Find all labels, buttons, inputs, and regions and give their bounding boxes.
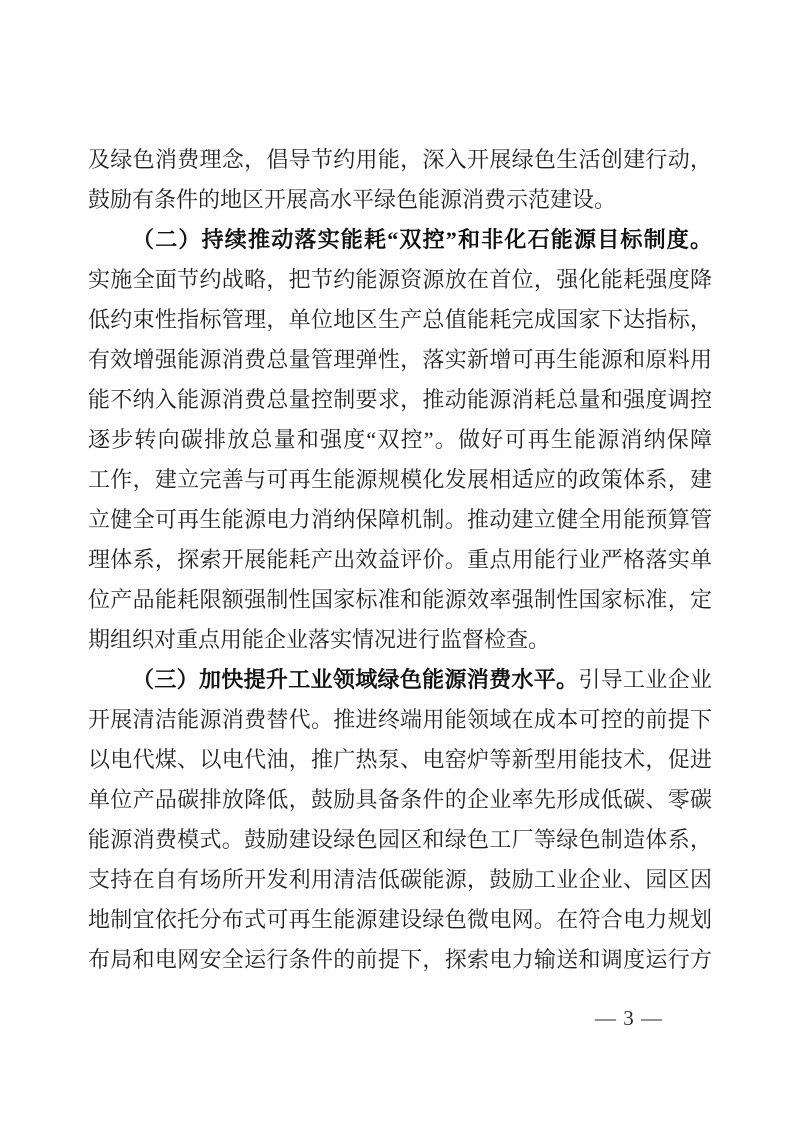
text-line: 逐步转向碳排放总量和强度“双控”。做好可再生能源消纳保障 [88, 420, 712, 460]
text-line: 期组织对重点用能企业落实情况进行监督检查。 [88, 620, 712, 660]
text-line: 能不纳入能源消费总量控制要求，推动能源消耗总量和强度调控 [88, 380, 712, 420]
text-line: 单位产品碳排放降低，鼓励具备条件的企业率先形成低碳、零碳 [88, 780, 712, 820]
body-text: 鼓励有条件的地区开展高水平绿色能源消费示范建设。 [88, 187, 616, 212]
body-text: 支持在自有场所开发利用清洁低碳能源，鼓励工业企业、园区因 [88, 867, 712, 892]
text-line: 位产品能耗限额强制性国家标准和能源效率强制性国家标准，定 [88, 580, 712, 620]
text-line: 布局和电网安全运行条件的前提下，探索电力输送和调度运行方 [88, 940, 712, 980]
body-text: 开展清洁能源消费替代。推进终端用能领域在成本可控的前提下 [88, 707, 712, 732]
body-text: 布局和电网安全运行条件的前提下，探索电力输送和调度运行方 [88, 947, 712, 972]
text-line: 地制宜依托分布式可再生能源建设绿色微电网。在符合电力规划 [88, 900, 712, 940]
document-page: 及绿色消费理念，倡导节约用能，深入开展绿色生活创建行动，鼓励有条件的地区开展高水… [0, 0, 794, 1123]
body-text: 位产品能耗限额强制性国家标准和能源效率强制性国家标准，定 [88, 587, 712, 612]
body-text: 低约束性指标管理，单位地区生产总值能耗完成国家下达指标， [88, 307, 712, 332]
heading-text: （三）加快提升工业领域绿色能源消费水平。 [132, 667, 578, 692]
body-text: 及绿色消费理念，倡导节约用能，深入开展绿色生活创建行动， [88, 147, 712, 172]
text-line: 能源消费模式。鼓励建设绿色园区和绿色工厂等绿色制造体系， [88, 820, 712, 860]
section-2-heading-line: （二）持续推动落实能耗“双控”和非化石能源目标制度。 [88, 220, 712, 260]
text-line: 鼓励有条件的地区开展高水平绿色能源消费示范建设。 [88, 180, 712, 220]
text-line: 工作，建立完善与可再生能源规模化发展相适应的政策体系，建 [88, 460, 712, 500]
text-line: 低约束性指标管理，单位地区生产总值能耗完成国家下达指标， [88, 300, 712, 340]
text-line: 有效增强能源消费总量管理弹性，落实新增可再生能源和原料用 [88, 340, 712, 380]
document-body: 及绿色消费理念，倡导节约用能，深入开展绿色生活创建行动，鼓励有条件的地区开展高水… [88, 140, 712, 980]
text-line: 实施全面节约战略，把节约能源资源放在首位，强化能耗强度降 [88, 260, 712, 300]
body-text: 能源消费模式。鼓励建设绿色园区和绿色工厂等绿色制造体系， [88, 827, 712, 852]
body-text: 以电代煤、以电代油，推广热泵、电窑炉等新型用能技术，促进 [88, 747, 712, 772]
text-line: 理体系，探索开展能耗产出效益评价。重点用能行业严格落实单 [88, 540, 712, 580]
page-number: — 3 — [595, 1006, 663, 1030]
text-line: 及绿色消费理念，倡导节约用能，深入开展绿色生活创建行动， [88, 140, 712, 180]
body-text: 有效增强能源消费总量管理弹性，落实新增可再生能源和原料用 [88, 347, 712, 372]
heading-text: （二）持续推动落实能耗“双控”和非化石能源目标制度。 [132, 227, 712, 252]
text-line: 以电代煤、以电代油，推广热泵、电窑炉等新型用能技术，促进 [88, 740, 712, 780]
body-text: 单位产品碳排放降低，鼓励具备条件的企业率先形成低碳、零碳 [88, 787, 712, 812]
text-line: 开展清洁能源消费替代。推进终端用能领域在成本可控的前提下 [88, 700, 712, 740]
body-text: 立健全可再生能源电力消纳保障机制。推动建立健全用能预算管 [88, 507, 712, 532]
page-footer: — 3 — [595, 1003, 663, 1033]
body-text: 逐步转向碳排放总量和强度“双控”。做好可再生能源消纳保障 [88, 427, 712, 452]
body-text: 实施全面节约战略，把节约能源资源放在首位，强化能耗强度降 [88, 267, 712, 292]
body-text: 能不纳入能源消费总量控制要求，推动能源消耗总量和强度调控 [88, 387, 712, 412]
text-line: 支持在自有场所开发利用清洁低碳能源，鼓励工业企业、园区因 [88, 860, 712, 900]
body-text: 期组织对重点用能企业落实情况进行监督检查。 [88, 627, 550, 652]
body-text: 地制宜依托分布式可再生能源建设绿色微电网。在符合电力规划 [88, 907, 712, 932]
section-3-heading-line: （三）加快提升工业领域绿色能源消费水平。引导工业企业 [88, 660, 712, 700]
body-text: 引导工业企业 [578, 667, 712, 692]
text-line: 立健全可再生能源电力消纳保障机制。推动建立健全用能预算管 [88, 500, 712, 540]
body-text: 理体系，探索开展能耗产出效益评价。重点用能行业严格落实单 [88, 547, 712, 572]
body-text: 工作，建立完善与可再生能源规模化发展相适应的政策体系，建 [88, 467, 712, 492]
